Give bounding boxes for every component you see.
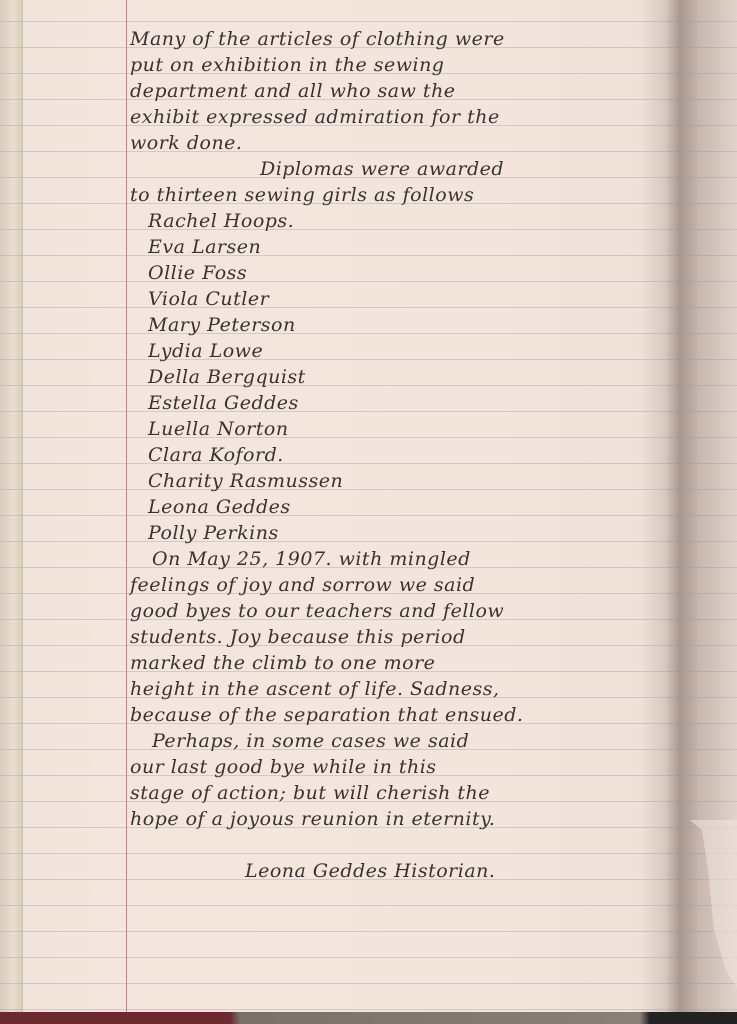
text-line: Perhaps, in some cases we said: [130, 728, 690, 754]
text-line: height in the ascent of life. Sadness,: [130, 676, 690, 702]
margin-line: [126, 0, 127, 1014]
graduate-name: Luella Norton: [130, 416, 690, 442]
signature: Leona Geddes Historian.: [130, 858, 690, 884]
paragraph-exhibition: Many of the articles of clothing were pu…: [130, 26, 690, 156]
text-line: good byes to our teachers and fellow: [130, 598, 690, 624]
ledger-page: Many of the articles of clothing were pu…: [0, 0, 737, 1014]
graduate-name: Della Bergquist: [130, 364, 690, 390]
text-line: stage of action; but will cherish the: [130, 780, 690, 806]
graduate-name: Viola Cutler: [130, 286, 690, 312]
text-line: students. Joy because this period: [130, 624, 690, 650]
text-line: Many of the articles of clothing were: [130, 26, 690, 52]
paragraph-farewell: On May 25, 1907. with mingled feelings o…: [130, 546, 690, 728]
text-line: Diplomas were awarded: [130, 156, 690, 182]
text-line: hope of a joyous reunion in eternity.: [130, 806, 690, 832]
graduate-name: Eva Larsen: [130, 234, 690, 260]
graduate-name: Leona Geddes: [130, 494, 690, 520]
graduate-name: Estella Geddes: [130, 390, 690, 416]
text-line: On May 25, 1907. with mingled: [130, 546, 690, 572]
paragraph-diplomas: Diplomas were awarded to thirteen sewing…: [130, 156, 690, 208]
text-line: our last good bye while in this: [130, 754, 690, 780]
graduate-name: Polly Perkins: [130, 520, 690, 546]
graduate-name: Charity Rasmussen: [130, 468, 690, 494]
text-line: exhibit expressed admiration for the: [130, 104, 690, 130]
handwritten-text: Many of the articles of clothing were pu…: [130, 26, 690, 884]
graduate-name: Lydia Lowe: [130, 338, 690, 364]
text-line: because of the separation that ensued.: [130, 702, 690, 728]
graduate-name: Ollie Foss: [130, 260, 690, 286]
text-line: work done.: [130, 130, 690, 156]
graduate-list: Rachel Hoops. Eva Larsen Ollie Foss Viol…: [130, 208, 690, 546]
graduate-name: Clara Koford.: [130, 442, 690, 468]
text-line: put on exhibition in the sewing: [130, 52, 690, 78]
book-cover-edge: [0, 1012, 737, 1024]
text-line: feelings of joy and sorrow we said: [130, 572, 690, 598]
text-line: department and all who saw the: [130, 78, 690, 104]
text-line: marked the climb to one more: [130, 650, 690, 676]
graduate-name: Rachel Hoops.: [130, 208, 690, 234]
text-line: to thirteen sewing girls as follows: [130, 182, 690, 208]
graduate-name: Mary Peterson: [130, 312, 690, 338]
paragraph-reunion: Perhaps, in some cases we said our last …: [130, 728, 690, 832]
